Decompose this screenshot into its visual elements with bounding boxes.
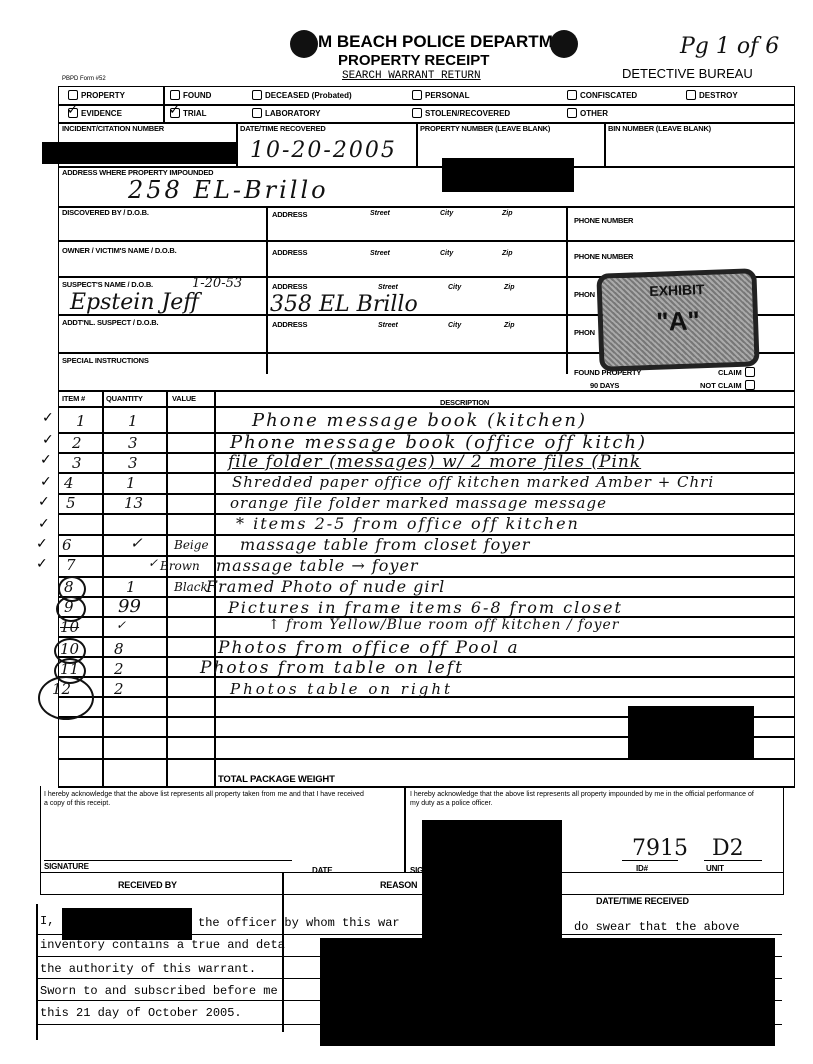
oath-line-4: Sworn to and subscribed before me bbox=[40, 984, 278, 998]
item-value: Brown bbox=[160, 559, 200, 573]
item-description: Pictures in frame items 6-8 from closet bbox=[228, 598, 623, 617]
item-quantity: 3 bbox=[128, 434, 138, 452]
checkbox-icon[interactable] bbox=[68, 90, 78, 100]
zip-label: Zip bbox=[502, 250, 513, 257]
checkbox-icon[interactable] bbox=[745, 367, 755, 377]
special-instructions-label: SPECIAL INSTRUCTIONS bbox=[62, 356, 149, 365]
suspect-phone-label: PHON bbox=[574, 290, 595, 299]
oath-line-1a: I, bbox=[40, 914, 54, 928]
checkbox-confiscated[interactable]: CONFISCATED bbox=[567, 90, 637, 100]
checkbox-icon[interactable] bbox=[745, 380, 755, 390]
item-description: Shredded paper office off kitchen marked… bbox=[232, 473, 714, 491]
officer-id-value[interactable]: 7915 bbox=[632, 836, 688, 861]
ack-left-text: I hereby acknowledge that the above list… bbox=[44, 790, 364, 808]
street-label: Street bbox=[378, 284, 398, 291]
suspect-address[interactable]: 358 EL Brillo bbox=[270, 292, 418, 317]
discovered-by-label: DISCOVERED BY / D.O.B. bbox=[62, 208, 149, 217]
city-label: City bbox=[440, 250, 453, 257]
checkbox-icon[interactable] bbox=[686, 90, 696, 100]
addl-phone-label: PHON bbox=[574, 328, 595, 337]
bureau-label: DETECTIVE BUREAU bbox=[622, 66, 753, 81]
form-subtitle: SEARCH WARRANT RETURN bbox=[342, 70, 481, 82]
item-number: 6 bbox=[62, 536, 72, 554]
datetime-received-label: DATE/TIME RECEIVED bbox=[596, 896, 689, 906]
address-label: ADDRESS bbox=[272, 210, 307, 219]
checkmark-icon: ✓ bbox=[42, 432, 54, 448]
phone-number-label: PHONE NUMBER bbox=[574, 216, 633, 225]
oath-line-1b: the officer by whom this war bbox=[198, 916, 400, 930]
total-package-weight-label: TOTAL PACKAGE WEIGHT bbox=[218, 774, 335, 785]
item-value: Beige bbox=[174, 538, 209, 552]
addl-suspect-label: ADDT'NL. SUSPECT / D.O.B. bbox=[62, 318, 158, 327]
date-recovered-value[interactable]: 10-20-2005 bbox=[250, 138, 397, 163]
item-quantity: 3 bbox=[128, 454, 138, 472]
item-value: Black bbox=[174, 580, 208, 594]
date-recovered-label: DATE/TIME RECOVERED bbox=[240, 124, 326, 133]
oath-line-3: the authority of this warrant. bbox=[40, 962, 256, 976]
item-quantity: 99 bbox=[118, 596, 141, 617]
suspect-address-label: ADDRESS bbox=[272, 282, 307, 291]
item-description: Phone message book (office off kitch) bbox=[230, 432, 647, 453]
bin-number-label: BIN NUMBER (Leave Blank) bbox=[608, 124, 711, 133]
city-label: City bbox=[448, 284, 461, 291]
checkbox-checked-icon[interactable] bbox=[68, 108, 78, 118]
checkmark-icon: ✓ bbox=[38, 516, 50, 532]
not-claim-checkbox[interactable]: NOT CLAIM bbox=[700, 380, 758, 390]
item-quantity: 13 bbox=[124, 494, 143, 512]
stamp-exhibit-text: EXHIBIT bbox=[602, 279, 752, 300]
stamp-letter: "A" bbox=[603, 303, 754, 339]
item-quantity: 1 bbox=[126, 474, 136, 492]
checkbox-icon[interactable] bbox=[252, 90, 262, 100]
city-label: City bbox=[448, 322, 461, 329]
item-quantity: ✓ bbox=[116, 618, 126, 632]
redacted-description bbox=[628, 706, 754, 758]
col-header-value: VALUE bbox=[172, 394, 196, 403]
item-description: Photos from table on left bbox=[200, 658, 464, 678]
item-quantity: 1 bbox=[126, 578, 136, 596]
item-number: 10 bbox=[60, 640, 79, 658]
checkmark-icon: ✓ bbox=[42, 410, 54, 426]
item-quantity: 2 bbox=[114, 680, 124, 698]
address-impounded-value[interactable]: 258 EL-Brillo bbox=[128, 176, 329, 204]
checkbox-found[interactable]: FOUND bbox=[170, 90, 211, 100]
page-note: Pg 1 of 6 bbox=[680, 34, 779, 59]
reason-label: REASON bbox=[380, 880, 417, 890]
checkbox-destroy[interactable]: DESTROY bbox=[686, 90, 738, 100]
item-number: 9 bbox=[64, 598, 74, 616]
redacted-logo-left bbox=[290, 30, 318, 58]
item-quantity: ✓ bbox=[148, 556, 158, 570]
zip-label: Zip bbox=[504, 322, 515, 329]
owner-phone-label: PHONE NUMBER bbox=[574, 252, 633, 261]
suspect-name[interactable]: Epstein Jeff bbox=[70, 290, 199, 315]
checkbox-checked-icon[interactable] bbox=[170, 108, 180, 118]
item-quantity: ✓ bbox=[130, 534, 143, 552]
suspect-dob[interactable]: 1-20-53 bbox=[192, 276, 242, 291]
item-number: 2 bbox=[72, 434, 82, 452]
oath-line-5: this 21 day of October 2005. bbox=[40, 1006, 242, 1020]
item-number: 1 bbox=[76, 412, 86, 430]
oath-line-2: inventory contains a true and deta bbox=[40, 938, 285, 952]
city-label: City bbox=[440, 210, 453, 217]
item-number: 5 bbox=[66, 494, 76, 512]
ack-right-text: I hereby acknowledge that the above list… bbox=[410, 790, 760, 808]
item-description: ↑ from Yellow/Blue room off kitchen / fo… bbox=[268, 617, 620, 633]
checkbox-icon[interactable] bbox=[567, 90, 577, 100]
checkbox-deceased[interactable]: DECEASED (Probated) bbox=[252, 90, 352, 100]
item-description: Photos table on right bbox=[230, 680, 453, 698]
col-header-item: ITEM # bbox=[62, 394, 85, 403]
oath-line-1c: do swear that the above bbox=[574, 920, 740, 934]
checkmark-icon: ✓ bbox=[36, 536, 48, 552]
item-description: Photos from office off Pool a bbox=[218, 638, 520, 658]
redacted-notary-block bbox=[320, 938, 775, 1046]
signature-label: SIGNATURE bbox=[44, 862, 89, 871]
checkbox-evidence[interactable]: EVIDENCE bbox=[68, 108, 122, 118]
item-description: Phone message book (kitchen) bbox=[252, 410, 587, 431]
checkbox-icon[interactable] bbox=[252, 108, 262, 118]
claim-checkbox[interactable]: CLAIM bbox=[718, 367, 758, 377]
item-description: * items 2-5 from office off kitchen bbox=[236, 514, 580, 533]
checkbox-icon[interactable] bbox=[567, 108, 577, 118]
department-name: M BEACH POLICE DEPARTMEN bbox=[318, 32, 576, 52]
property-number-label: PROPERTY NUMBER (Leave Blank) bbox=[420, 124, 550, 133]
redacted-property-number bbox=[442, 158, 574, 192]
checkbox-stolen-recovered[interactable]: STOLEN/RECOVERED bbox=[412, 108, 510, 118]
received-by-label: RECEIVED BY bbox=[118, 880, 177, 890]
checkbox-laboratory[interactable]: LABORATORY bbox=[252, 108, 320, 118]
street-label: Street bbox=[378, 322, 398, 329]
item-number: 8 bbox=[64, 578, 74, 596]
item-quantity: 1 bbox=[128, 412, 138, 430]
checkmark-icon: ✓ bbox=[38, 494, 50, 510]
zip-label: Zip bbox=[502, 210, 513, 217]
checkmark-icon: ✓ bbox=[40, 452, 52, 468]
item-number: 3 bbox=[72, 454, 82, 472]
owner-address-label: ADDRESS bbox=[272, 248, 307, 257]
officer-unit-value[interactable]: D2 bbox=[712, 836, 744, 861]
checkbox-property[interactable]: PROPERTY bbox=[68, 90, 125, 100]
item-description: orange file folder marked massage messag… bbox=[230, 494, 607, 512]
item-quantity: 8 bbox=[114, 640, 124, 658]
item-number: 10 bbox=[60, 618, 79, 636]
item-number: 4 bbox=[64, 474, 74, 492]
form-title: PROPERTY RECEIPT bbox=[338, 52, 489, 69]
item-number: 7 bbox=[66, 556, 76, 574]
exhibit-stamp: EXHIBIT "A" bbox=[596, 268, 759, 372]
redacted-logo-right bbox=[550, 30, 578, 58]
item-description: massage table → foyer bbox=[216, 556, 419, 575]
item-description: Framed Photo of nude girl bbox=[206, 577, 445, 596]
checkmark-icon: ✓ bbox=[36, 556, 48, 572]
checkbox-personal[interactable]: PERSONAL bbox=[412, 90, 469, 100]
form-number: PBPD Form #52 bbox=[62, 76, 106, 82]
item-description: massage table from closet foyer bbox=[240, 535, 530, 554]
checkbox-icon[interactable] bbox=[412, 90, 422, 100]
redacted-officer-name bbox=[62, 908, 192, 940]
checkmark-icon: ✓ bbox=[40, 474, 52, 490]
checkbox-icon[interactable] bbox=[412, 108, 422, 118]
checkbox-icon[interactable] bbox=[170, 90, 180, 100]
addl-address-label: ADDRESS bbox=[272, 320, 307, 329]
item-quantity: 2 bbox=[114, 660, 124, 678]
checkbox-other[interactable]: OTHER bbox=[567, 108, 608, 118]
item-description: file folder (messages) w/ 2 more files (… bbox=[228, 452, 641, 472]
checkbox-trial[interactable]: TRIAL bbox=[170, 108, 207, 118]
zip-label: Zip bbox=[504, 284, 515, 291]
incident-number-label: INCIDENT/CITATION NUMBER bbox=[62, 124, 164, 133]
item-number: 12 bbox=[52, 680, 71, 698]
ninety-days-label: 90 DAYS bbox=[590, 381, 619, 390]
owner-label: OWNER / VICTIM'S NAME / D.O.B. bbox=[62, 246, 177, 255]
col-header-quantity: QUANTITY bbox=[106, 394, 143, 403]
redacted-incident-number bbox=[42, 142, 236, 164]
suspect-label: SUSPECT'S NAME / D.O.B. bbox=[62, 280, 153, 289]
street-label: Street bbox=[370, 250, 390, 257]
street-label: Street bbox=[370, 210, 390, 217]
